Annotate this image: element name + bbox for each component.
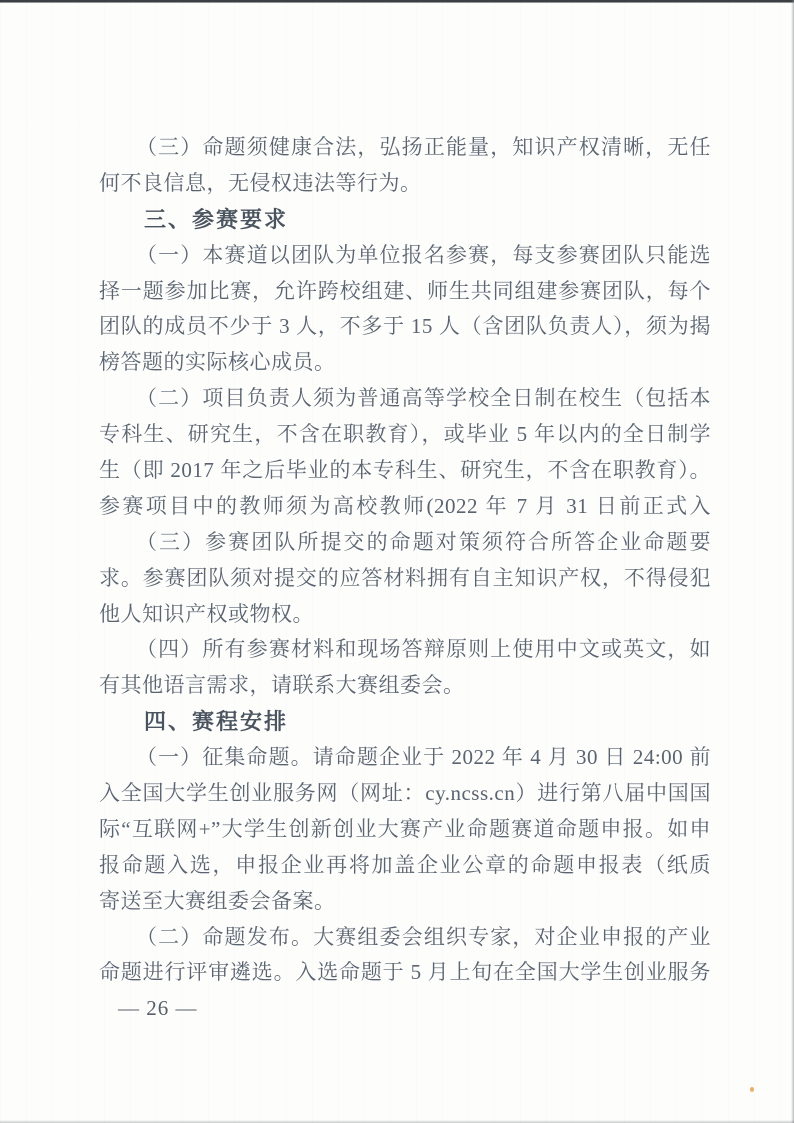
- text-line: 择一题参加比赛，允许跨校组建、师生共同组建参赛团队，每个: [99, 274, 711, 310]
- text-line: 团队的成员不少于 3 人，不多于 15 人（含团队负责人），须为揭: [99, 309, 711, 345]
- paragraph: （四）所有参赛材料和现场答辩原则上使用中文或英文，如 有其他语言需求，请联系大赛…: [99, 632, 711, 704]
- text-line: 专科生、研究生，不含在职教育），或毕业 5 年以内的全日制学: [99, 417, 711, 453]
- paragraph: （一）征集命题。请命题企业于 2022 年 4 月 30 日 24:00 前进 …: [99, 740, 711, 919]
- text-line: （四）所有参赛材料和现场答辩原则上使用中文或英文，如: [99, 632, 711, 668]
- text-line: 有其他语言需求，请联系大赛组委会。: [99, 668, 711, 704]
- document-body: （三）命题须健康合法，弘扬正能量，知识产权清晰，无任 何不良信息，无侵权违法等行…: [99, 130, 711, 1027]
- scanned-page: （三）命题须健康合法，弘扬正能量，知识产权清晰，无任 何不良信息，无侵权违法等行…: [0, 0, 794, 1123]
- text-line: 榜答题的实际核心成员。: [99, 345, 711, 381]
- text-line: 参赛项目中的教师须为高校教师(2022 年 7 月 31 日前正式入职）。: [99, 489, 711, 525]
- paragraph: （三）参赛团队所提交的命题对策须符合所答企业命题要 求。参赛团队须对提交的应答材…: [99, 525, 711, 633]
- text-line: 他人知识产权或物权。: [99, 597, 711, 633]
- text-line: （一）征集命题。请命题企业于 2022 年 4 月 30 日 24:00 前进: [99, 740, 711, 776]
- text-line: 报命题入选，申报企业再将加盖企业公章的命题申报表（纸质稿）: [99, 848, 711, 884]
- text-line: （二）命题发布。大赛组委会组织专家，对企业申报的产业: [99, 920, 711, 956]
- text-line: （三）参赛团队所提交的命题对策须符合所答企业命题要: [99, 525, 711, 561]
- text-line: 命题进行评审遴选。入选命题于 5 月上旬在全国大学生创业服务: [99, 955, 711, 991]
- text-line: 何不良信息，无侵权违法等行为。: [99, 166, 711, 202]
- scan-speck: [750, 1087, 754, 1092]
- scan-edge-top: [0, 0, 794, 4]
- text-line: 寄送至大赛组委会备案。: [99, 884, 711, 920]
- page-number: — 26 —: [99, 991, 711, 1027]
- heading-line: 三、参赛要求: [99, 202, 711, 238]
- text-line: 入全国大学生创业服务网（网址：cy.ncss.cn）进行第八届中国国: [99, 776, 711, 812]
- paragraph: （三）命题须健康合法，弘扬正能量，知识产权清晰，无任 何不良信息，无侵权违法等行…: [99, 130, 711, 202]
- text-line: 际“互联网+”大学生创新创业大赛产业命题赛道命题申报。如申: [99, 812, 711, 848]
- text-line: （二）项目负责人须为普通高等学校全日制在校生（包括本: [99, 381, 711, 417]
- paragraph: （一）本赛道以团队为单位报名参赛，每支参赛团队只能选 择一题参加比赛，允许跨校组…: [99, 238, 711, 382]
- heading-line: 四、赛程安排: [99, 704, 711, 740]
- text-line: （三）命题须健康合法，弘扬正能量，知识产权清晰，无任: [99, 130, 711, 166]
- text-line: 求。参赛团队须对提交的应答材料拥有自主知识产权，不得侵犯: [99, 561, 711, 597]
- paragraph: （二）项目负责人须为普通高等学校全日制在校生（包括本 专科生、研究生，不含在职教…: [99, 381, 711, 525]
- section-heading: 四、赛程安排: [99, 704, 711, 740]
- text-line: （一）本赛道以团队为单位报名参赛，每支参赛团队只能选: [99, 238, 711, 274]
- section-heading: 三、参赛要求: [99, 202, 711, 238]
- text-line: 生（即 2017 年之后毕业的本专科生、研究生，不含在职教育）。: [99, 453, 711, 489]
- paragraph: （二）命题发布。大赛组委会组织专家，对企业申报的产业 命题进行评审遴选。入选命题…: [99, 920, 711, 992]
